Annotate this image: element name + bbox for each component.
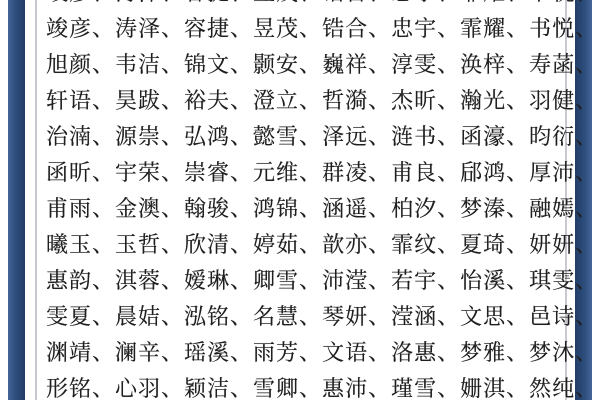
name-pair: 若宇、	[391, 263, 460, 299]
name-pair: 渊靖、	[46, 335, 115, 371]
name-pair: 杰昕、	[391, 83, 460, 119]
name-pair: 裕夫、	[184, 83, 253, 119]
name-pair: 姗淇、	[460, 371, 529, 400]
name-pair: 欣清、	[184, 227, 253, 263]
name-pair: 雯夏、	[46, 299, 115, 335]
name-pair: 翰骏、	[184, 191, 253, 227]
name-pair: 金澳、	[115, 191, 184, 227]
name-pair: 弘鸿、	[184, 119, 253, 155]
name-pair: 涛泽、	[115, 11, 184, 47]
name-pair: 涛泽、	[115, 0, 184, 11]
name-pair: 鸿锦、	[253, 191, 322, 227]
name-row: 轩语、昊跋、裕夫、澄立、哲漪、杰昕、瀚光、羽健、	[46, 83, 554, 119]
name-pair: 夏琦、	[460, 227, 529, 263]
name-pair: 容捷、	[184, 0, 253, 11]
name-pair: 寿菡、	[529, 47, 598, 83]
name-pair: 曦玉、	[46, 227, 115, 263]
name-pair: 琪雯、	[529, 263, 598, 299]
name-pair: 洛惠、	[391, 335, 460, 371]
name-pair: 瀚光、	[460, 83, 529, 119]
name-pair: 怡溪、	[460, 263, 529, 299]
name-pair: 轩语、	[46, 83, 115, 119]
name-row: 曦玉、玉哲、欣清、婷茹、歆亦、霏纹、夏琦、妍妍、	[46, 227, 554, 263]
name-row: 竣彦、涛泽、容捷、昱茂、锆合、忠宇、霏耀、书悦、	[46, 11, 554, 47]
name-pair: 瑾雪、	[391, 371, 460, 400]
name-pair: 锦文、	[184, 47, 253, 83]
name-row: 旭颜、韦洁、锦文、颢安、巍祥、淳雯、涣梓、寿菡、	[46, 47, 554, 83]
name-pair: 涵遥、	[322, 191, 391, 227]
name-pair: 锆合、	[322, 11, 391, 47]
name-row: 雯夏、晨姞、泓铭、名慧、琴妍、滢涵、文思、邑诗、	[46, 299, 554, 335]
name-pair: 玉哲、	[115, 227, 184, 263]
name-pair: 文语、	[322, 335, 391, 371]
name-pair: 颖洁、	[184, 371, 253, 400]
name-pair: 沛滢、	[322, 263, 391, 299]
name-pair: 邑诗、	[529, 299, 598, 335]
name-pair: 忠宇、	[391, 0, 460, 11]
name-pair: 琴妍、	[322, 299, 391, 335]
name-pair: 元维、	[253, 155, 322, 191]
name-row: 函昕、宇荣、崇睿、元维、群凌、甫良、郈鸿、厚沛、	[46, 155, 554, 191]
name-pair: 雨芳、	[253, 335, 322, 371]
name-pair: 卿雪、	[253, 263, 322, 299]
name-pair: 锆合、	[322, 0, 391, 11]
name-pair: 甫良、	[391, 155, 460, 191]
name-pair: 哲漪、	[322, 83, 391, 119]
name-pair: 淇蓉、	[115, 263, 184, 299]
name-pair: 忠宇、	[391, 11, 460, 47]
name-pair: 霏纹、	[391, 227, 460, 263]
name-pair: 融嫣、	[529, 191, 598, 227]
name-pair: 竣彦、	[46, 11, 115, 47]
name-pair: 柏汐、	[391, 191, 460, 227]
name-pair: 竣彦、	[46, 0, 115, 11]
name-pair: 心羽、	[115, 371, 184, 400]
name-pair: 郈鸿、	[460, 155, 529, 191]
name-row: 渊靖、澜辛、瑶溪、雨芳、文语、洛惠、梦雅、梦沐、	[46, 335, 554, 371]
name-pair: 懿雪、	[253, 119, 322, 155]
name-pair: 治湳、	[46, 119, 115, 155]
name-pair: 宇荣、	[115, 155, 184, 191]
name-row: 惠韵、淇蓉、嫒琳、卿雪、沛滢、若宇、怡溪、琪雯、	[46, 263, 554, 299]
name-pair: 歆亦、	[322, 227, 391, 263]
name-pair: 厚沛、	[529, 155, 598, 191]
name-pair: 梦雅、	[460, 335, 529, 371]
name-pair: 昀衍、	[529, 119, 598, 155]
name-pair: 群凌、	[322, 155, 391, 191]
name-pair: 婷茹、	[253, 227, 322, 263]
name-pair: 书悦、	[529, 11, 598, 47]
name-pair: 然纯、	[529, 371, 598, 400]
name-pair: 澄立、	[253, 83, 322, 119]
name-pair: 文思、	[460, 299, 529, 335]
name-pair: 嫒琳、	[184, 263, 253, 299]
name-list-page: 竣彦、涛泽、容捷、昱茂、锆合、忠宇、霏耀、书悦、竣彦、涛泽、容捷、昱茂、锆合、忠…	[0, 0, 600, 400]
name-pair: 惠韵、	[46, 263, 115, 299]
name-pair: 形铭、	[46, 371, 115, 400]
name-pair: 梦沐、	[529, 335, 598, 371]
name-pair: 昱茂、	[253, 11, 322, 47]
name-pair: 崇睿、	[184, 155, 253, 191]
name-pair: 昱茂、	[253, 0, 322, 11]
name-pair: 泓铭、	[184, 299, 253, 335]
name-pair: 泽远、	[322, 119, 391, 155]
name-pair: 雪卿、	[253, 371, 322, 400]
name-pair: 昊跋、	[115, 83, 184, 119]
name-pair: 源崇、	[115, 119, 184, 155]
left-frame-bar	[8, 0, 25, 400]
name-pair: 惠沛、	[322, 371, 391, 400]
left-inner-rule	[35, 0, 37, 400]
name-pair: 澜辛、	[115, 335, 184, 371]
name-pair: 霏耀、	[460, 0, 529, 11]
name-pair: 梦溱、	[460, 191, 529, 227]
name-pair: 韦洁、	[115, 47, 184, 83]
name-pair: 容捷、	[184, 11, 253, 47]
name-pair: 妍妍、	[529, 227, 598, 263]
name-pair: 甫雨、	[46, 191, 115, 227]
name-row: 治湳、源崇、弘鸿、懿雪、泽远、涟书、函濠、昀衍、	[46, 119, 554, 155]
name-pair: 霏耀、	[460, 11, 529, 47]
name-row-clipped: 竣彦、涛泽、容捷、昱茂、锆合、忠宇、霏耀、书悦、	[46, 0, 554, 11]
name-pair: 滢涵、	[391, 299, 460, 335]
name-pair: 羽健、	[529, 83, 598, 119]
name-pair: 函昕、	[46, 155, 115, 191]
name-pair: 颢安、	[253, 47, 322, 83]
name-pair: 涣梓、	[460, 47, 529, 83]
name-row: 甫雨、金澳、翰骏、鸿锦、涵遥、柏汐、梦溱、融嫣、	[46, 191, 554, 227]
name-row: 形铭、心羽、颖洁、雪卿、惠沛、瑾雪、姗淇、然纯、	[46, 371, 554, 400]
name-pair: 瑶溪、	[184, 335, 253, 371]
name-pair: 书悦、	[529, 0, 598, 11]
name-pair: 名慧、	[253, 299, 322, 335]
name-pair: 涟书、	[391, 119, 460, 155]
name-pair: 晨姞、	[115, 299, 184, 335]
name-list: 竣彦、涛泽、容捷、昱茂、锆合、忠宇、霏耀、书悦、竣彦、涛泽、容捷、昱茂、锆合、忠…	[46, 0, 554, 400]
name-pair: 淳雯、	[391, 47, 460, 83]
name-pair: 函濠、	[460, 119, 529, 155]
name-pair: 旭颜、	[46, 47, 115, 83]
name-pair: 巍祥、	[322, 47, 391, 83]
